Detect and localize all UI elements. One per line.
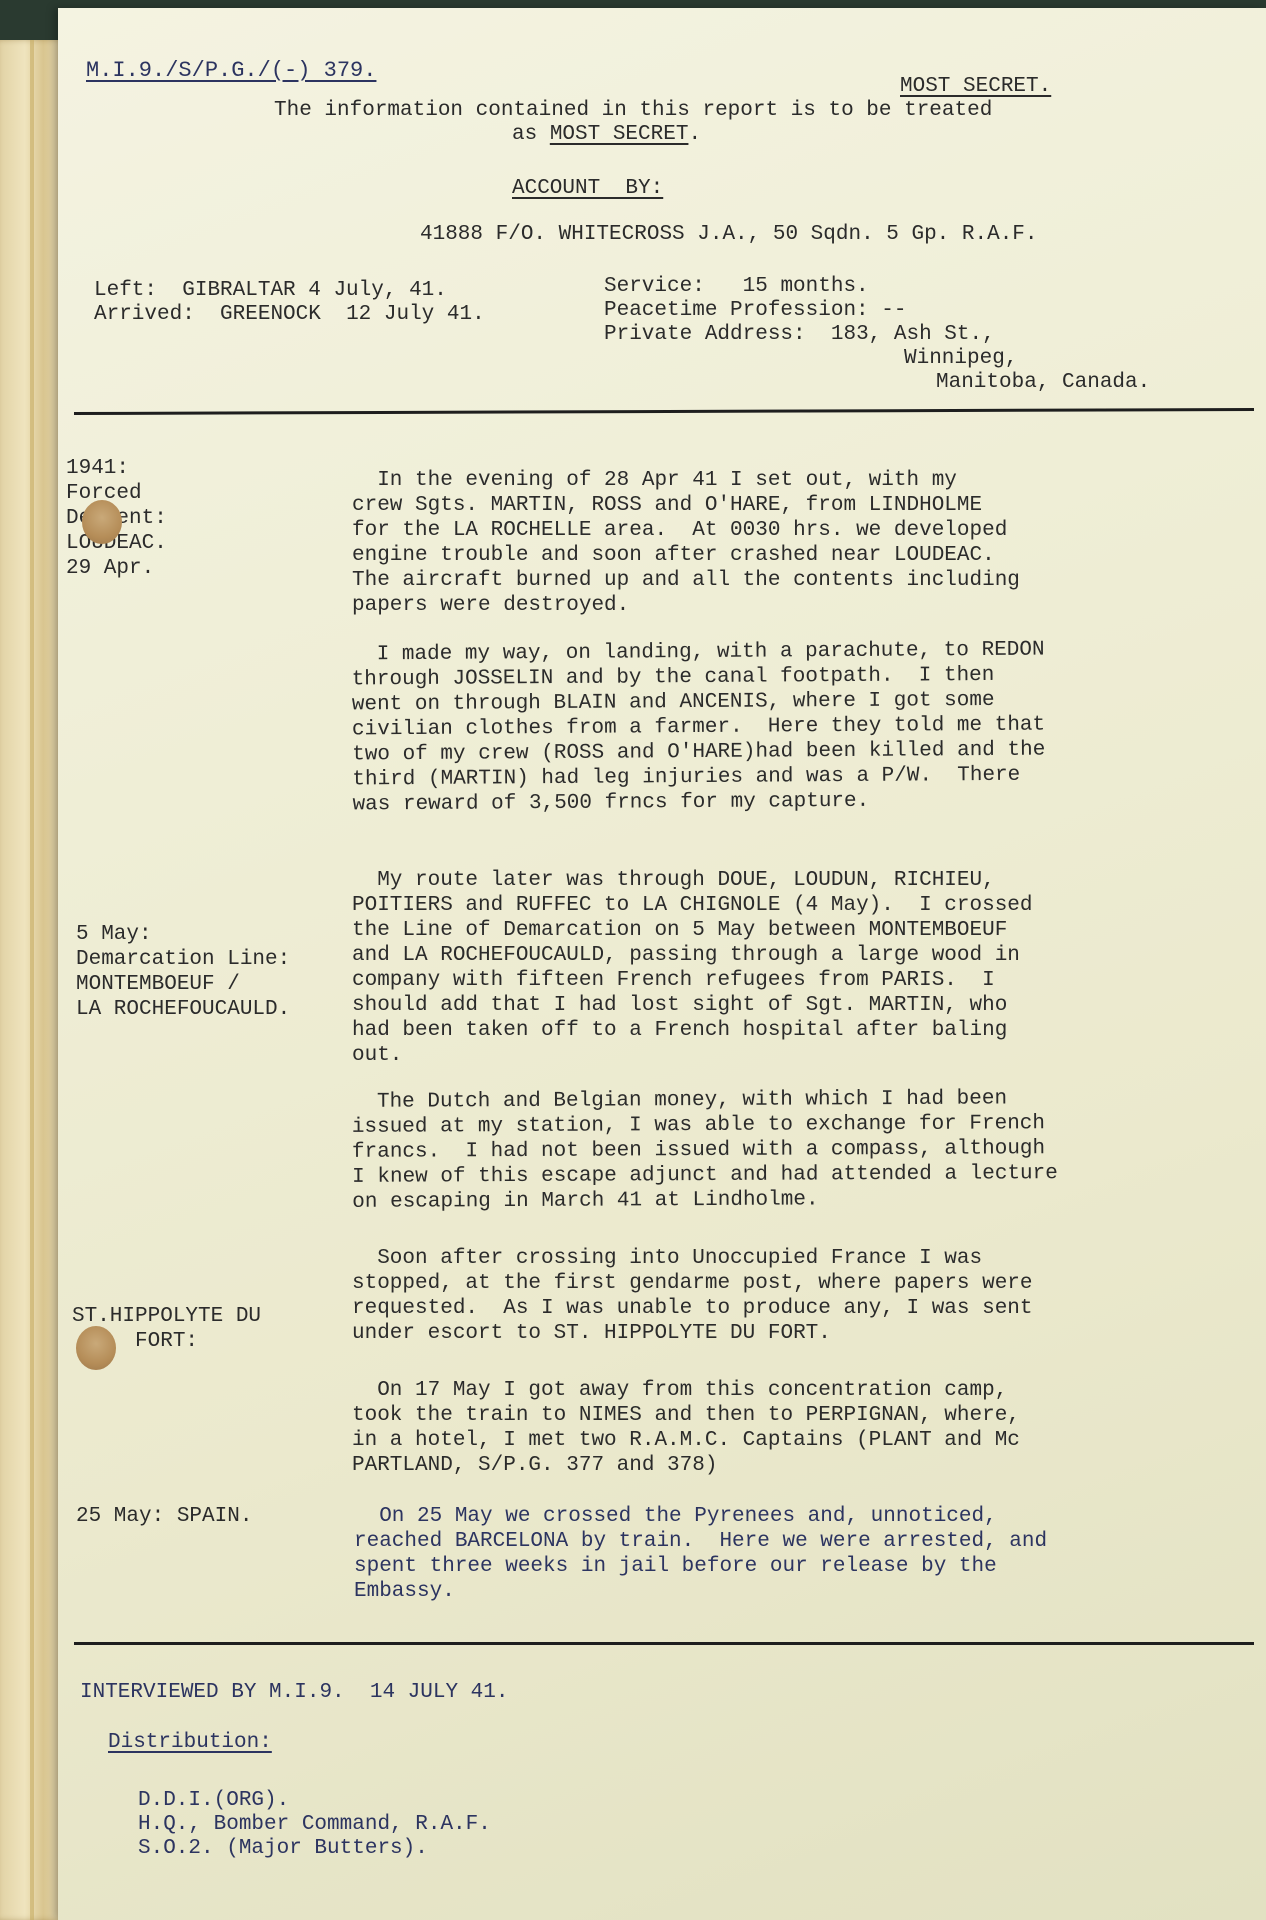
account-by-value: 41888 F/O. WHITECROSS J.A., 50 Sqdn. 5 G… [420,222,1038,247]
paragraph-spain: On 25 May we crossed the Pyrenees and, u… [354,1504,1047,1604]
paragraph-demarcation: My route later was through DOUE, LOUDUN,… [352,868,1033,1068]
address-label: Private Address: [604,323,806,346]
address-line1: 183, Ash St., [831,323,995,346]
paragraph-forced-descent: In the evening of 28 Apr 41 I set out, w… [352,468,1020,618]
left-label: Left: [94,279,157,302]
notice-emphasis: MOST SECRET [550,123,689,146]
arrived-label: Arrived: [94,303,195,326]
binder-edge [30,40,34,1920]
service-row: Service: 15 months. [604,274,869,299]
profession-value: -- [881,299,906,322]
paragraph-perpignan: On 17 May I got away from this concentra… [352,1378,1020,1478]
footer-divider [74,1642,1254,1645]
classification-label: MOST SECRET. [900,74,1051,99]
left-row: Left: GIBRALTAR 4 July, 41. [94,278,447,303]
profession-label: Peacetime Profession: [604,299,869,322]
notice-suffix: . [688,123,701,146]
address-line2: Winnipeg, [904,346,1017,371]
service-label: Service: [604,275,705,298]
notice-prefix: as [512,123,550,146]
distribution-item: H.Q., Bomber Command, R.A.F. [138,1812,491,1837]
secrecy-notice-line1: The information contained in this report… [274,98,992,123]
document-page: M.I.9./S/P.G./(-) 379. MOST SECRET. The … [58,8,1266,1920]
arrived-row: Arrived: GREENOCK 12 July 41. [94,302,485,327]
interviewed-by: INTERVIEWED BY M.I.9. 14 JULY 41. [80,1680,508,1705]
left-value: GIBRALTAR 4 July, 41. [182,279,447,302]
paragraph-money: The Dutch and Belgian money, with which … [352,1086,1058,1215]
service-value: 15 months. [743,275,869,298]
sidenote-spain: 25 May: SPAIN. [76,1504,252,1529]
distribution-item: D.D.I.(ORG). [138,1788,289,1813]
punch-hole [76,1326,116,1370]
address-row: Private Address: 183, Ash St., [604,322,995,347]
account-by-label: ACCOUNT BY: [512,176,663,201]
paragraph-escape-route: I made my way, on landing, with a parach… [351,638,1045,818]
reference-number: M.I.9./S/P.G./(-) 379. [86,58,376,83]
profession-row: Peacetime Profession: -- [604,298,906,323]
address-line3: Manitoba, Canada. [936,370,1150,395]
header-divider [74,408,1254,415]
secrecy-notice-line2: as MOST SECRET. [512,122,701,147]
arrived-value: GREENOCK 12 July 41. [220,303,485,326]
distribution-label: Distribution: [108,1730,272,1755]
paragraph-arrest: Soon after crossing into Unoccupied Fran… [352,1246,1033,1346]
sidenote-demarcation: 5 May: Demarcation Line: MONTEMBOEUF / L… [76,922,290,1022]
distribution-item: S.O.2. (Major Butters). [138,1836,428,1861]
punch-hole [82,500,122,544]
